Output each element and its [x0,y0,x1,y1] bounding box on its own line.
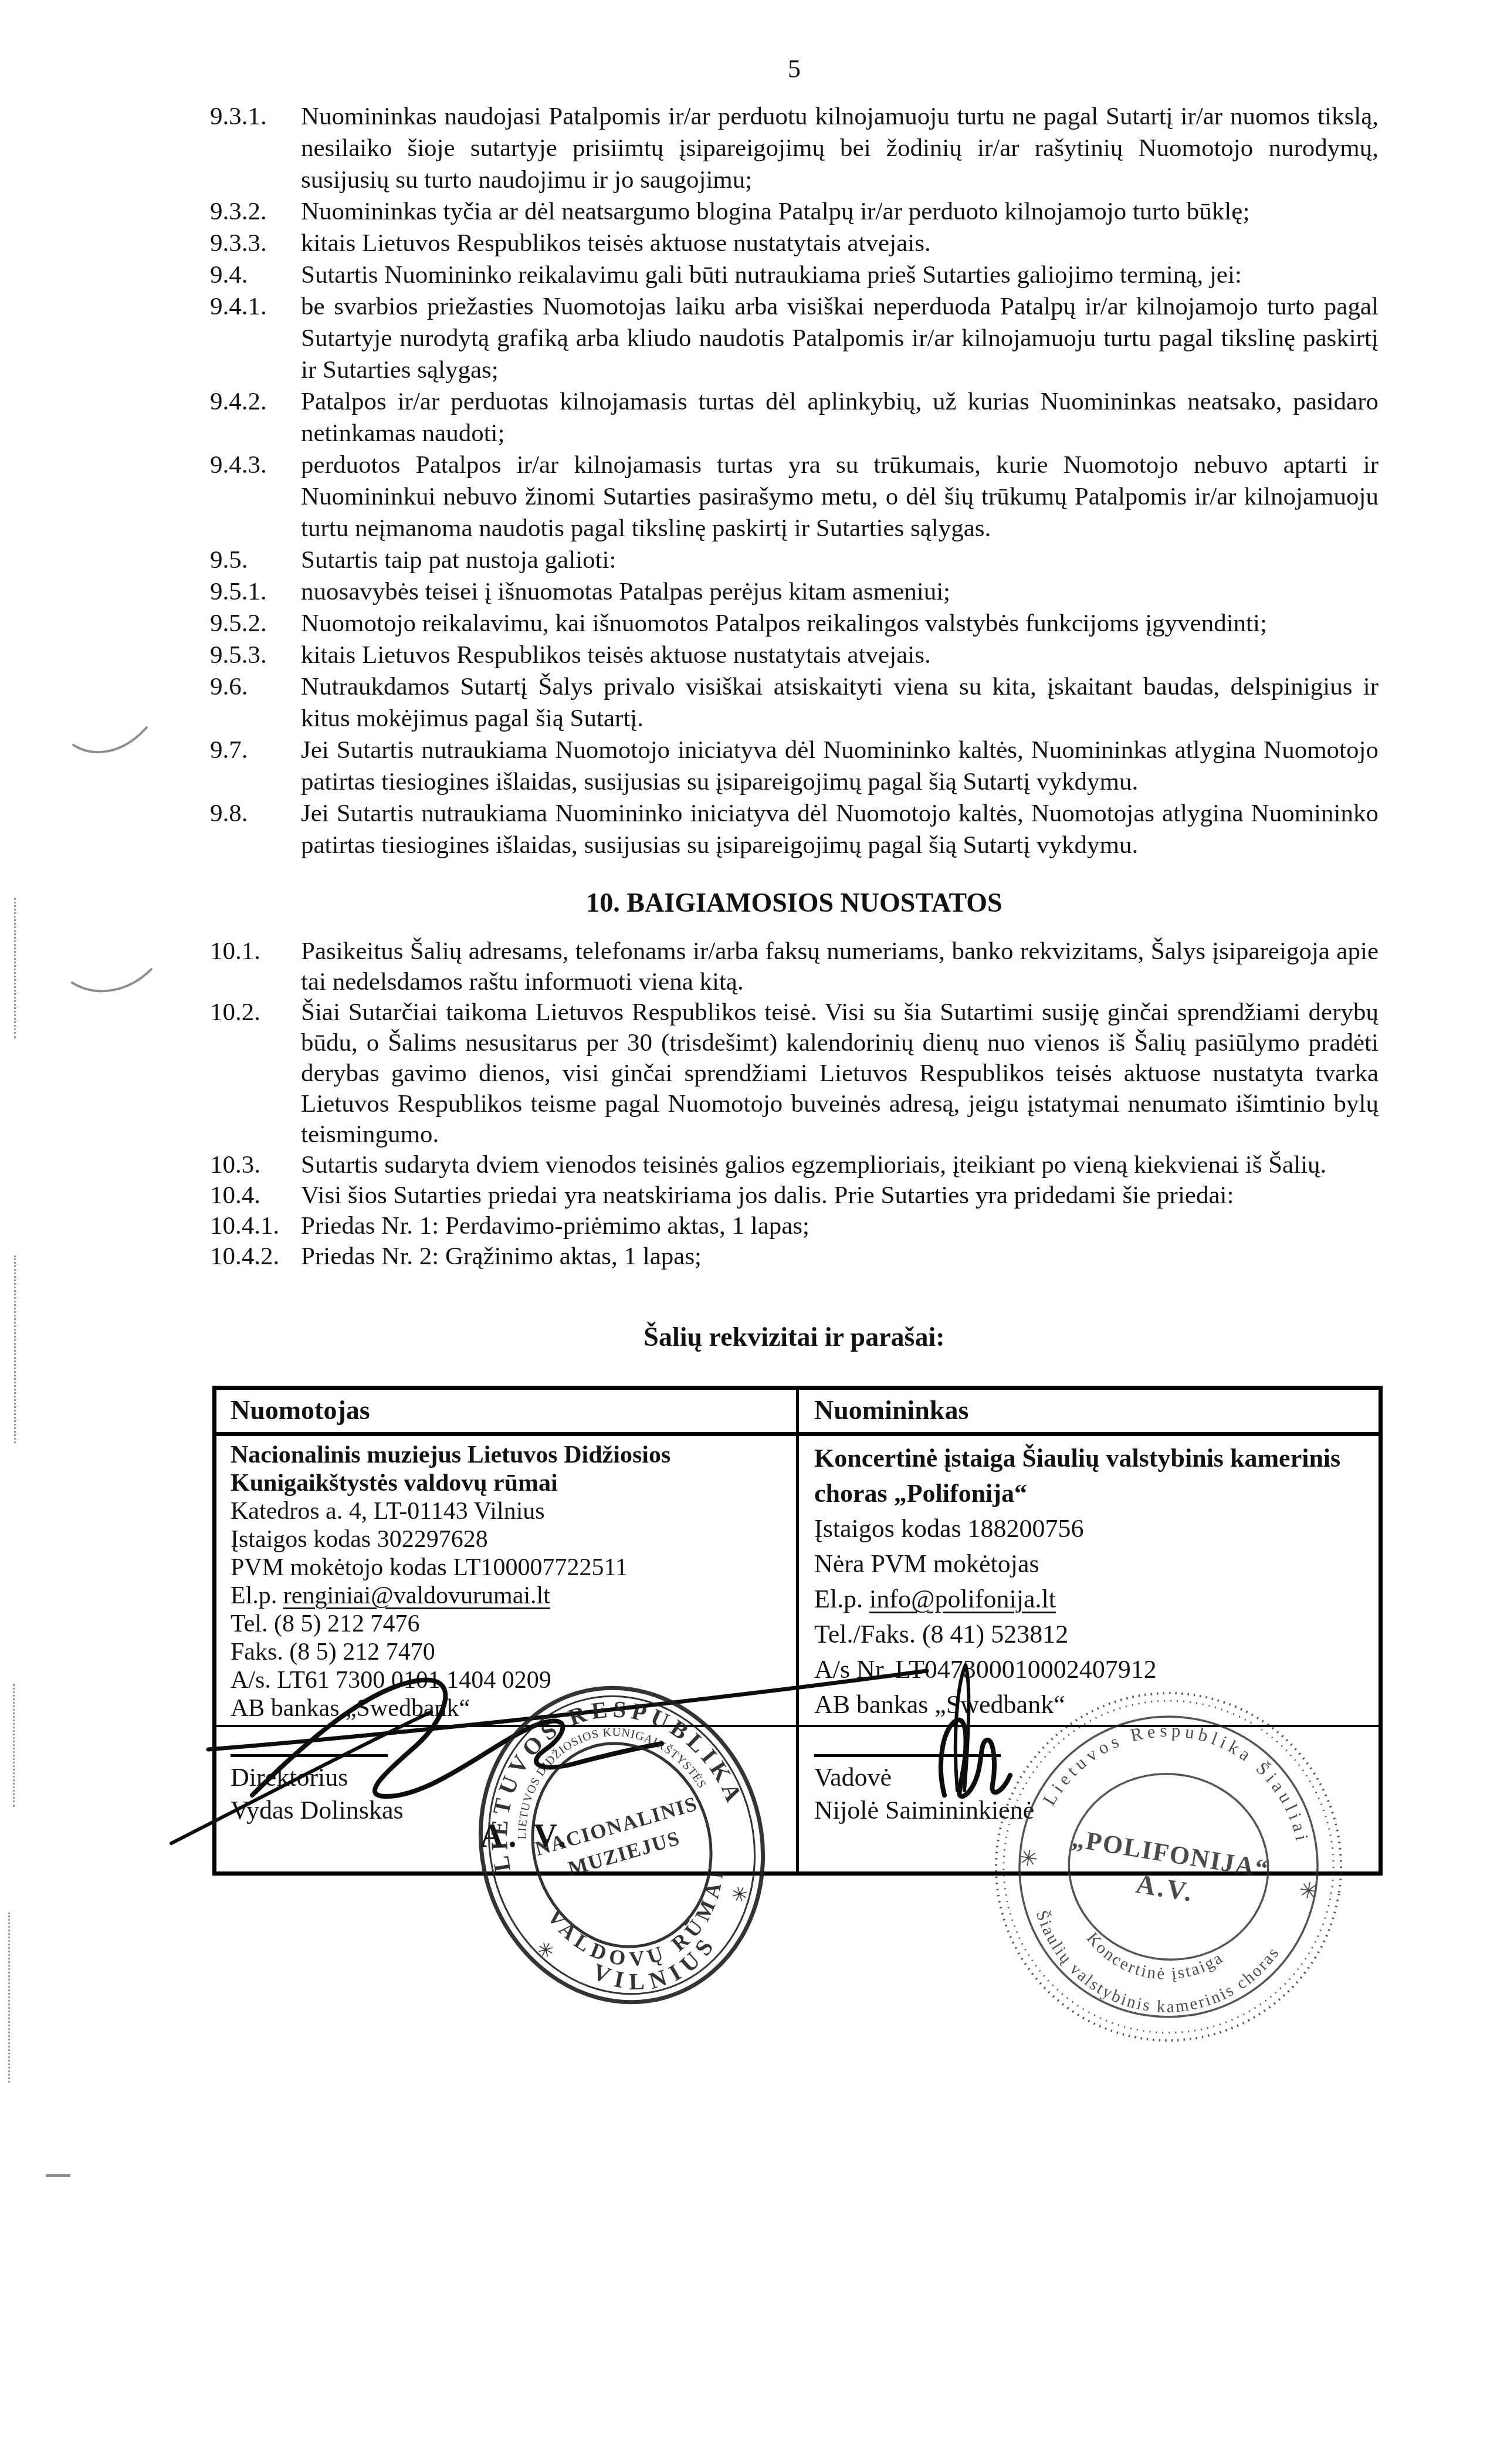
clause-9-6: 9.6.Nutraukdamos Sutartį Šalys privalo v… [210,671,1379,735]
clause-9-4-3: 9.4.3.perduotos Patalpos ir/ar kilnojama… [210,449,1379,544]
clause-10-1: 10.1.Pasikeitus Šalių adresams, telefona… [210,936,1379,997]
tenant-name-line: Koncertinė įstaiga Šiaulių valstybinis k… [814,1441,1379,1476]
landlord-bank: AB bankas „Swedbank“ [231,1694,796,1722]
tenant-company-code: Įstaigos kodas 188200756 [814,1511,1379,1546]
clause-number: 9.5.2. [210,608,301,639]
clause-9-3-3: 9.3.3.kitais Lietuvos Respublikos teisės… [210,228,1379,259]
clause-text: Sutartis taip pat nustoja galioti: [301,544,1379,576]
clause-number: 10.1. [210,936,301,967]
svg-text:Koncertinė įstaiga: Koncertinė įstaiga [1078,1927,1230,1993]
clause-number: 10.4.2. [210,1241,301,1272]
landlord-email: renginiai@valdovurumai.lt [283,1582,550,1609]
clause-number: 10.4.1. [210,1211,301,1241]
svg-text:VILNIUS: VILNIUS [583,1924,730,2011]
clause-number: 10.3. [210,1150,301,1180]
tenant-name-line: choras „Polifonija“ [814,1476,1379,1511]
section-10-heading: 10. BAIGIAMOSIOS NUOSTATOS [210,887,1379,918]
clause-9-7: 9.7.Jei Sutartis nutraukiama Nuomotojo i… [210,735,1379,798]
tenant-details-cell: Koncertinė įstaiga Šiaulių valstybinis k… [799,1436,1379,1725]
clause-text: Priedas Nr. 1: Perdavimo-priėmimo aktas,… [301,1211,1379,1241]
clause-number: 9.6. [210,671,301,703]
tenant-email: info@polifonija.lt [869,1585,1056,1613]
stamp-arc-bottom-text: VILNIUS [583,1924,730,2011]
clause-text: Jei Sutartis nutraukiama Nuomotojo inici… [301,735,1379,798]
clause-10-4-1: 10.4.1.Priedas Nr. 1: Perdavimo-priėmimo… [210,1211,1379,1241]
email-label: El.p. [814,1585,869,1613]
landlord-sign-name: Vydas Dolinskas [231,1795,404,1825]
clause-text: Pasikeitus Šalių adresams, telefonams ir… [301,936,1379,997]
tenant-sign-role: Vadovė [814,1762,892,1792]
clause-text: Nuomotojo reikalavimu, kai išnuomotos Pa… [301,608,1379,639]
scan-dash-artifact [46,2174,70,2177]
tenant-account: A/s Nr. LT047300010002407912 [814,1652,1379,1687]
clause-number: 9.3.1. [210,101,301,133]
margin-check-mark [70,722,153,763]
landlord-header-cell: Nuomotojas [216,1390,799,1432]
clause-text: Priedas Nr. 2: Grąžinimo aktas, 1 lapas; [301,1241,1379,1272]
landlord-company-code: Įstaigos kodas 302297628 [231,1525,796,1553]
landlord-name-line: Nacionalinis muziejus Lietuvos Didžiosio… [231,1441,796,1469]
clause-10-4-2: 10.4.2.Priedas Nr. 2: Grąžinimo aktas, 1… [210,1241,1379,1272]
tenant-email-line: El.p. info@polifonija.lt [814,1582,1379,1617]
stamp-arc-bottom-inner-text: VALDOVŲ RŪMAI [540,1858,749,1994]
landlord-email-line: El.p. renginiai@valdovurumai.lt [231,1582,796,1610]
clause-text: kitais Lietuvos Respublikos teisės aktuo… [301,228,1379,259]
star-icon: ✳ [1297,1878,1319,1905]
scan-edge-artifact [14,1255,16,1443]
landlord-signature-line [231,1754,388,1757]
tenant-vat-status: Nėra PVM mokėtojas [814,1546,1379,1582]
clause-10-3: 10.3.Sutartis sudaryta dviem vienodos te… [210,1150,1379,1180]
av-mark: A. V. [480,1817,571,1855]
svg-text:Šiaulių valstybinis kamerinis: Šiaulių valstybinis kamerinis choras [1020,1905,1285,2035]
star-icon: ✳ [729,1883,751,1908]
clause-10-2: 10.2.Šiai Sutarčiai taikoma Lietuvos Res… [210,997,1379,1150]
table-details-row: Nacionalinis muziejus Lietuvos Didžiosio… [216,1436,1379,1727]
clause-list-10: 10.1.Pasikeitus Šalių adresams, telefona… [210,936,1379,1272]
clause-9-3-2: 9.3.2.Nuomininkas tyčia ar dėl neatsargu… [210,196,1379,228]
margin-check-mark [69,962,157,1003]
clause-number: 9.3.2. [210,196,301,228]
clause-9-5-1: 9.5.1.nuosavybės teisei į išnuomotas Pat… [210,576,1379,608]
clause-9-8: 9.8.Jei Sutartis nutraukiama Nuomininko … [210,798,1379,861]
clause-9-4: 9.4.Sutartis Nuomininko reikalavimu gali… [210,259,1379,291]
clause-number: 9.7. [210,735,301,766]
clause-9-5: 9.5.Sutartis taip pat nustoja galioti: [210,544,1379,576]
landlord-address: Katedros a. 4, LT-01143 Vilnius [231,1497,796,1525]
landlord-phone: Tel. (8 5) 212 7476 [231,1610,796,1638]
landlord-vat-code: PVM mokėtojo kodas LT100007722511 [231,1553,796,1582]
clause-number: 9.4. [210,259,301,291]
tenant-bank: AB bankas „Swedbank“ [814,1687,1379,1722]
landlord-account: A/s. LT61 7300 0101 1404 0209 [231,1666,796,1694]
clause-text: Jei Sutartis nutraukiama Nuomininko inic… [301,798,1379,861]
tenant-phone-fax: Tel./Faks. (8 41) 523812 [814,1617,1379,1652]
tenant-signature-line [814,1754,1001,1757]
clause-text: Sutartis sudaryta dviem vienodos teisinė… [301,1150,1379,1180]
requisites-heading: Šalių rekvizitai ir parašai: [210,1321,1379,1352]
scan-edge-artifact [8,1913,10,2083]
tenant-signature-cell: Vadovė Nijolė Saimininkienė [799,1727,1379,1871]
tenant-header-cell: Nuomininkas [799,1390,1379,1432]
clause-number: 9.4.1. [210,291,301,323]
clause-text: Visi šios Sutarties priedai yra neatskir… [301,1180,1379,1211]
requisites-table: Nuomotojas Nuomininkas Nacionalinis muzi… [212,1386,1383,1876]
clause-10-4: 10.4.Visi šios Sutarties priedai yra nea… [210,1180,1379,1211]
page-number: 5 [210,54,1379,84]
stamp-arc-bottom-text: Šiaulių valstybinis kamerinis choras [1020,1905,1285,2035]
clause-text: Nutraukdamos Sutartį Šalys privalo visiš… [301,671,1379,735]
clause-9-5-2: 9.5.2.Nuomotojo reikalavimu, kai išnuomo… [210,608,1379,639]
clause-number: 9.5. [210,544,301,576]
clause-9-4-1: 9.4.1.be svarbios priežasties Nuomotojas… [210,291,1379,386]
svg-text:VALDOVŲ RŪMAI: VALDOVŲ RŪMAI [540,1858,749,1994]
clause-number: 9.5.3. [210,639,301,671]
clause-text: kitais Lietuvos Respublikos teisės aktuo… [301,639,1379,671]
scanned-contract-page: 5 9.3.1.Nuomininkas naudojasi Patalpomis… [0,0,1497,2464]
clause-9-3-1: 9.3.1.Nuomininkas naudojasi Patalpomis i… [210,101,1379,196]
clause-text: Nuomininkas naudojasi Patalpomis ir/ar p… [301,101,1379,196]
clause-number: 10.2. [210,997,301,1028]
tenant-sign-name: Nijolė Saimininkienė [814,1795,1034,1825]
clause-number: 9.4.3. [210,449,301,481]
clause-9-5-3: 9.5.3.kitais Lietuvos Respublikos teisės… [210,639,1379,671]
stamp-arc-bottom-inner-text: Koncertinė įstaiga [1078,1927,1230,1993]
table-header-row: Nuomotojas Nuomininkas [216,1390,1379,1436]
clause-text: Patalpos ir/ar perduotas kilnojamasis tu… [301,386,1379,449]
clause-number: 9.5.1. [210,576,301,608]
clause-text: Nuomininkas tyčia ar dėl neatsargumo blo… [301,196,1379,228]
clause-number: 9.4.2. [210,386,301,418]
clause-text: nuosavybės teisei į išnuomotas Patalpas … [301,576,1379,608]
landlord-fax: Faks. (8 5) 212 7470 [231,1638,796,1666]
clause-number: 9.3.3. [210,228,301,259]
clause-list-9: 9.3.1.Nuomininkas naudojasi Patalpomis i… [210,101,1379,861]
table-signature-row: Direktorius Vydas Dolinskas Vadovė Nijol… [216,1727,1379,1871]
email-label: El.p. [231,1582,283,1609]
scan-edge-artifact [13,1684,15,1807]
star-icon: ✳ [535,1938,557,1963]
landlord-details-cell: Nacionalinis muziejus Lietuvos Didžiosio… [216,1436,799,1725]
clause-text: Sutartis Nuomininko reikalavimu gali būt… [301,259,1379,291]
clause-number: 10.4. [210,1180,301,1211]
landlord-sign-role: Direktorius [231,1762,348,1792]
clause-text: Šiai Sutarčiai taikoma Lietuvos Respubli… [301,997,1379,1150]
clause-text: perduotos Patalpos ir/ar kilnojamasis tu… [301,449,1379,544]
scan-edge-artifact [14,898,16,1038]
clause-text: be svarbios priežasties Nuomotojas laiku… [301,291,1379,386]
clause-number: 9.8. [210,798,301,830]
landlord-name-line: Kunigaikštystės valdovų rūmai [231,1469,796,1497]
clause-9-4-2: 9.4.2.Patalpos ir/ar perduotas kilnojama… [210,386,1379,449]
